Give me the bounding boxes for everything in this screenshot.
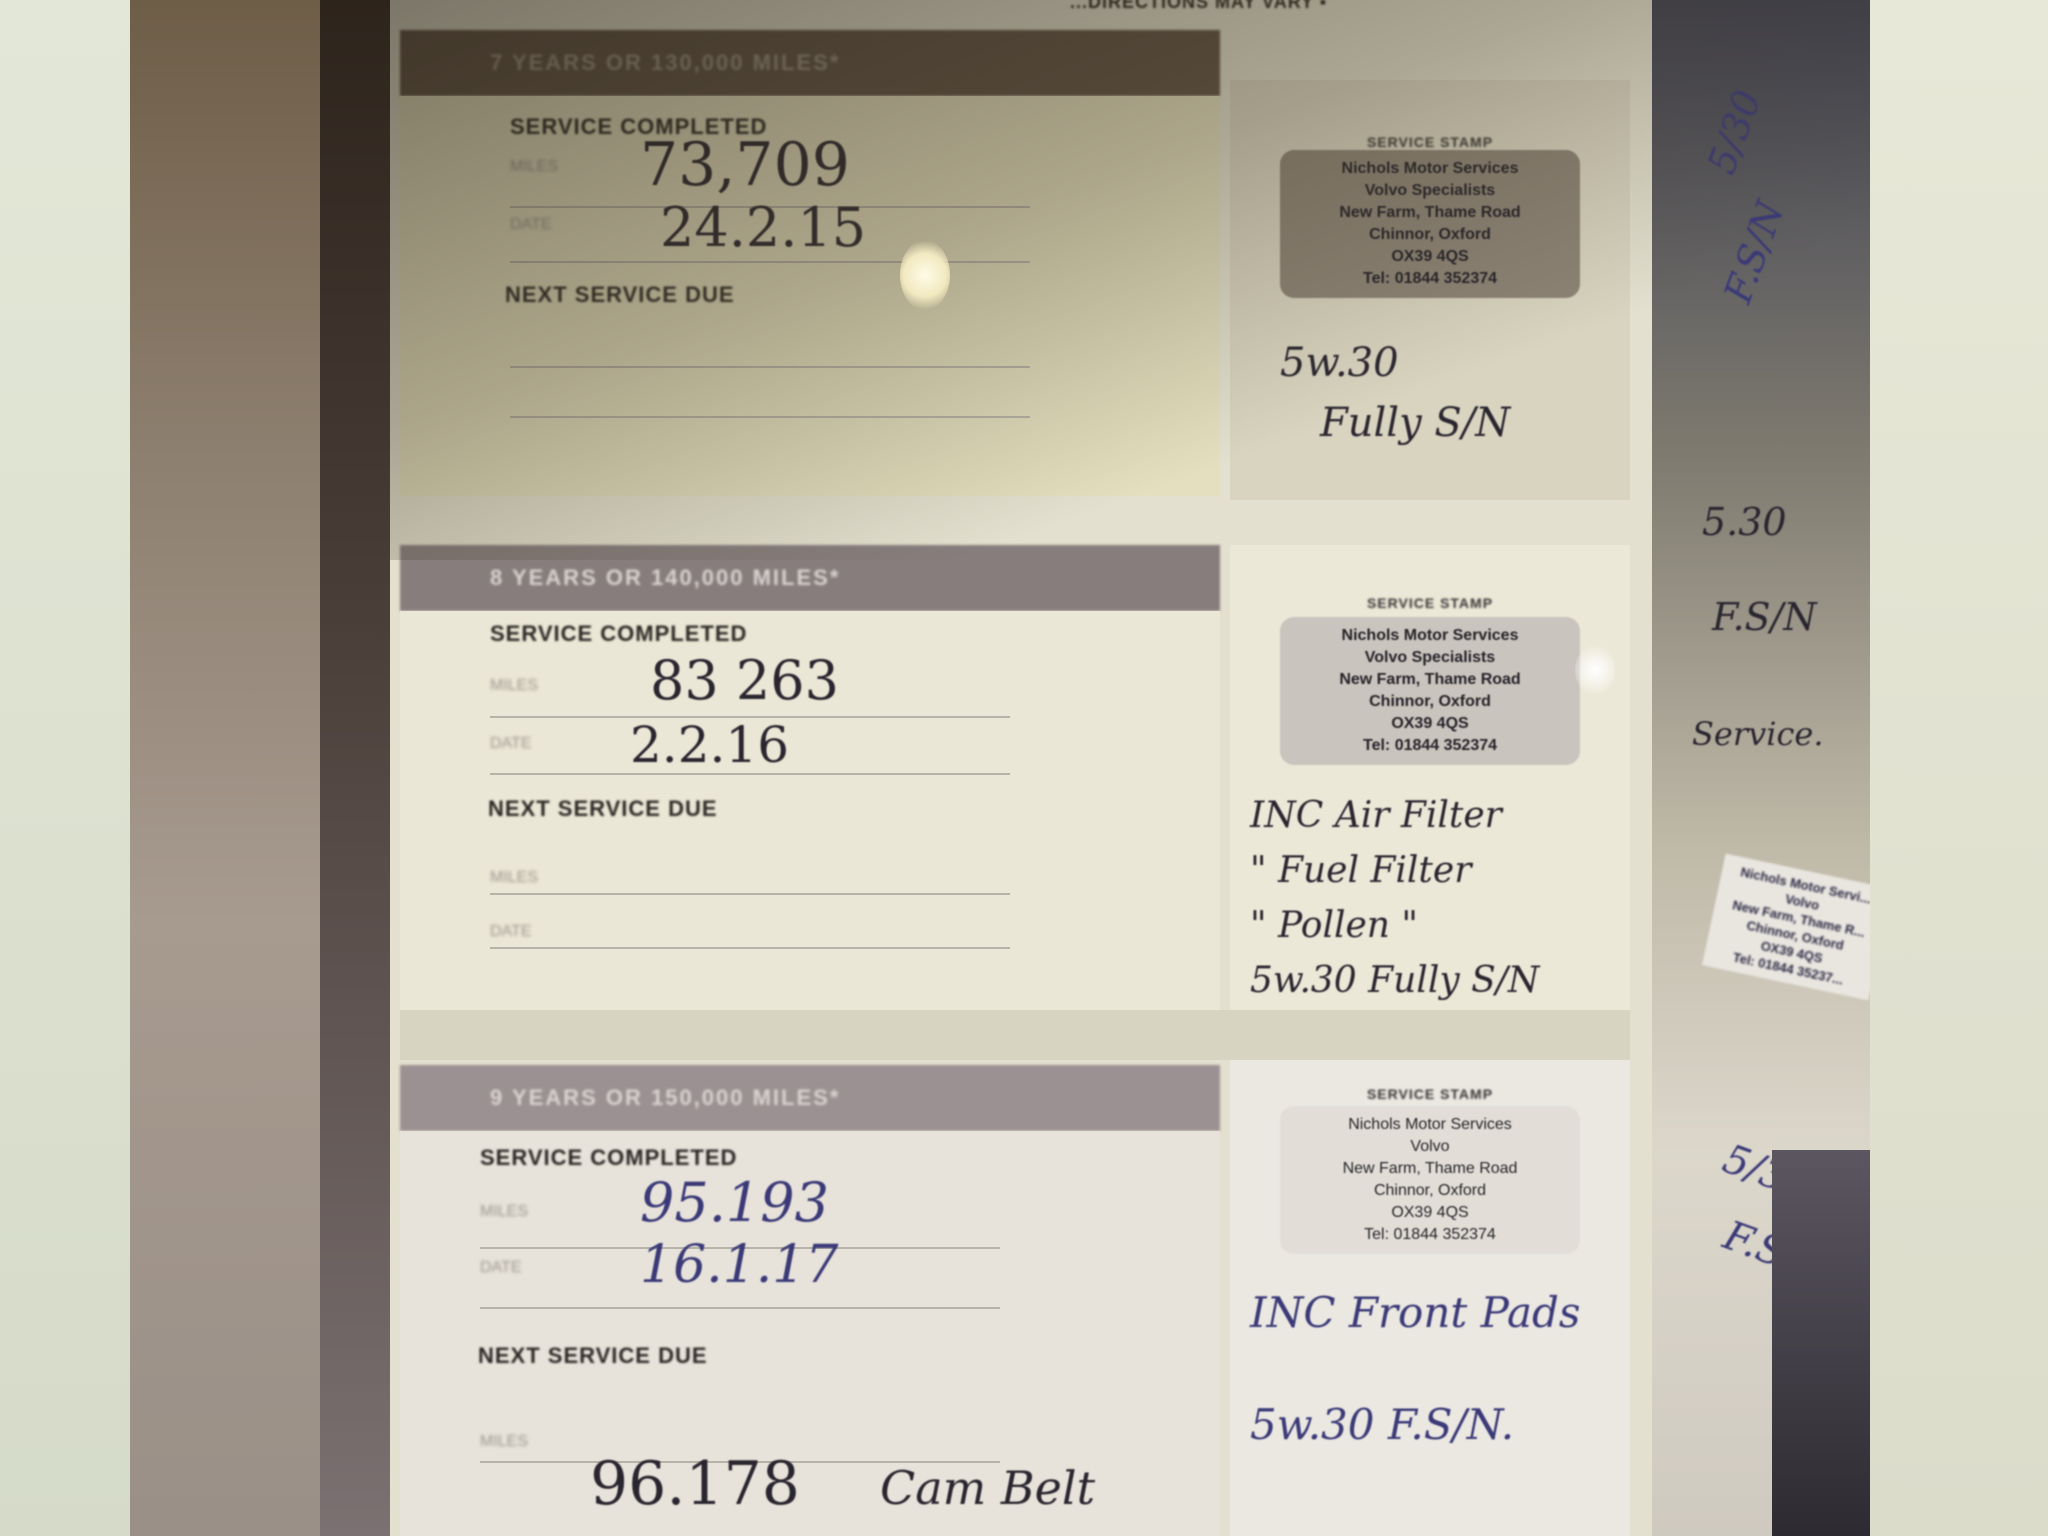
- entry-header: 8 YEARS OR 140,000 MILES*: [400, 545, 1220, 611]
- top-edge-text: ...DIRECTIONS MAY VARY ▪: [1070, 0, 1327, 13]
- date-value: 24.2.15: [660, 196, 866, 259]
- mileage-label: MILES: [490, 677, 538, 695]
- handwritten-note: Service.: [1692, 715, 1824, 753]
- service-booklet-left-page: ...DIRECTIONS MAY VARY ▪ 7 YEARS OR 130,…: [390, 0, 1640, 1536]
- stamp-line: Volvo Specialists: [1280, 647, 1580, 669]
- date-label: DATE: [510, 216, 551, 234]
- handwritten-note: " Fuel Filter: [1250, 850, 1471, 891]
- stamp-area: SERVICE STAMP Nichols Motor Services Vol…: [1230, 545, 1630, 1021]
- stamp-line: OX39 4QS: [1280, 713, 1580, 735]
- next-mileage-label: MILES: [480, 1433, 528, 1451]
- stamp-line: Chinnor, Oxford: [1280, 1180, 1580, 1202]
- stamp-line: Tel: 01844 352374: [1280, 735, 1580, 757]
- stamp-line: Tel: 01844 352374: [1280, 268, 1580, 290]
- handwritten-note: Fully S/N: [1320, 400, 1510, 446]
- next-date-line: [490, 947, 1010, 949]
- handwritten-note: 5w.30 Fully S/N: [1250, 960, 1539, 1001]
- mileage-label: MILES: [510, 158, 558, 176]
- handwritten-note: 5.30: [1702, 500, 1787, 544]
- next-date-label: DATE: [490, 923, 531, 941]
- entry-header: 9 YEARS OR 150,000 MILES*: [400, 1065, 1220, 1131]
- next-mileage-line: [510, 366, 1030, 368]
- handwritten-note: 5/30: [1699, 84, 1770, 179]
- stamp-line: New Farm, Thame Road: [1280, 669, 1580, 691]
- stamp-line: New Farm, Thame Road: [1280, 202, 1580, 224]
- stamp-line: OX39 4QS: [1280, 246, 1580, 268]
- mileage-label: MILES: [480, 1203, 528, 1221]
- section-divider: [400, 1010, 1630, 1060]
- background-wall-right: [1870, 0, 2048, 1536]
- stamp-area: SERVICE STAMP Nichols Motor Services Vol…: [1230, 1060, 1630, 1536]
- stamp-line: Chinnor, Oxford: [1280, 691, 1580, 713]
- garage-stamp: Nichols Motor Servi... Volvo New Farm, T…: [1702, 854, 1870, 1001]
- handwritten-note: 5w.30: [1280, 340, 1399, 386]
- next-date-line: [510, 416, 1030, 418]
- service-booklet-right-page: 5/30 F.S/N 5.30 F.S/N Service. Nichols M…: [1652, 0, 1870, 1536]
- light-glare: [900, 240, 950, 310]
- photo-fragment: [1772, 1150, 1870, 1536]
- handwritten-note: F.S/N: [1712, 595, 1817, 639]
- date-value: 16.1.17: [640, 1235, 838, 1295]
- light-glare: [1575, 645, 1615, 695]
- mileage-value: 95.193: [640, 1171, 829, 1234]
- stamp-line: Chinnor, Oxford: [1280, 224, 1580, 246]
- monitor-bezel-inner: [320, 0, 400, 1536]
- mileage-value: 83 263: [650, 649, 839, 712]
- entry-body: SERVICE COMPLETED MILES 95.193 DATE 16.1…: [400, 1131, 1220, 1536]
- next-mileage-value: 96.178: [590, 1449, 800, 1519]
- date-value: 2.2.16: [630, 716, 789, 774]
- stamp-title: SERVICE STAMP: [1230, 134, 1630, 150]
- stamp-line: Nichols Motor Services: [1280, 625, 1580, 647]
- next-service-note: Cam Belt: [880, 1461, 1095, 1515]
- stamp-line: New Farm, Thame Road: [1280, 1158, 1580, 1180]
- stamp-line: Volvo: [1280, 1136, 1580, 1158]
- monitor-screen: ...DIRECTIONS MAY VARY ▪ 7 YEARS OR 130,…: [390, 0, 1870, 1536]
- handwritten-note: F.S/N: [1716, 195, 1793, 308]
- entry-header: 7 YEARS OR 130,000 MILES*: [400, 30, 1220, 96]
- entry-body: SERVICE COMPLETED MILES 83 263 DATE 2.2.…: [400, 611, 1220, 1021]
- next-service-label: NEXT SERVICE DUE: [488, 796, 718, 822]
- date-label: DATE: [490, 735, 531, 753]
- stamp-line: OX39 4QS: [1280, 1202, 1580, 1224]
- stamp-line: Tel: 01844 352374: [1280, 1224, 1580, 1246]
- garage-stamp: Nichols Motor Services Volvo Specialists…: [1280, 617, 1580, 765]
- date-line: [510, 261, 1030, 263]
- service-completed-label: SERVICE COMPLETED: [490, 621, 747, 647]
- handwritten-note: INC Front Pads: [1250, 1288, 1580, 1337]
- date-label: DATE: [480, 1259, 521, 1277]
- garage-stamp: Nichols Motor Services Volvo Specialists…: [1280, 150, 1580, 298]
- handwritten-note: " Pollen ": [1250, 905, 1418, 946]
- stamp-title: SERVICE STAMP: [1230, 1086, 1630, 1102]
- stamp-line: Nichols Motor Services: [1280, 1114, 1580, 1136]
- stamp-line: Nichols Motor Services: [1280, 158, 1580, 180]
- garage-stamp: Nichols Motor Services Volvo New Farm, T…: [1280, 1106, 1580, 1254]
- entry-body: SERVICE COMPLETED MILES 73,709 DATE 24.2…: [400, 96, 1220, 496]
- stamp-title: SERVICE STAMP: [1230, 595, 1630, 611]
- handwritten-note: INC Air Filter: [1250, 795, 1502, 836]
- next-service-label: NEXT SERVICE DUE: [505, 282, 735, 308]
- date-line: [480, 1307, 1000, 1309]
- monitor-bezel: [130, 0, 350, 1536]
- stamp-area: SERVICE STAMP Nichols Motor Services Vol…: [1230, 80, 1630, 500]
- next-mileage-line: [490, 893, 1010, 895]
- mileage-value: 73,709: [640, 130, 850, 200]
- next-service-label: NEXT SERVICE DUE: [478, 1343, 708, 1369]
- date-line: [490, 773, 1010, 775]
- background-wall-left: [0, 0, 135, 1536]
- handwritten-note: 5w.30 F.S/N.: [1250, 1400, 1514, 1449]
- stamp-line: Volvo Specialists: [1280, 180, 1580, 202]
- next-mileage-label: MILES: [490, 869, 538, 887]
- service-completed-label: SERVICE COMPLETED: [480, 1145, 737, 1171]
